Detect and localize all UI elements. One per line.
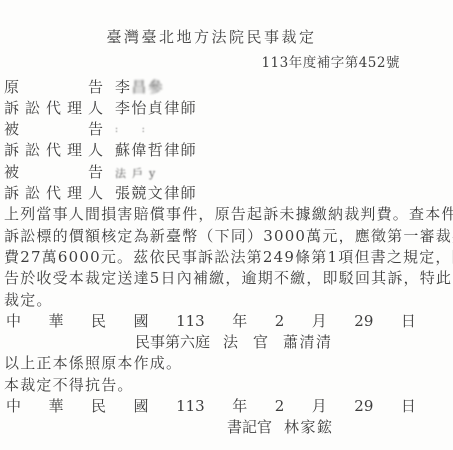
document-title: 臺灣臺北地方法院民事裁定 — [0, 27, 453, 48]
clerk-signature-line: 書記官林家鋐 — [227, 417, 453, 438]
date-token-year: 113 — [176, 396, 205, 417]
ruling-body: 上列當事人間損害賠償事件，原告起訴未據繳納裁判費。查本件 訴訟標的價額核定為新臺… — [0, 204, 453, 310]
clerk-name: 林家鋐 — [284, 418, 334, 436]
party-row-defendant-1-counsel: 訴訟代理人 蘇偉哲律師 — [4, 140, 453, 161]
date-token-year: 113 — [176, 311, 205, 332]
date-token: 華 — [49, 396, 64, 417]
judge-name: 蕭清清 — [283, 333, 333, 351]
date-token-day: 29 — [354, 311, 373, 332]
date-token: 國 — [134, 396, 149, 417]
date-token: 年 — [232, 311, 247, 332]
party-label: 原告 — [4, 77, 103, 98]
court-ruling-document: 臺灣臺北地方法院民事裁定 113年度補字第452號 原告 李昌參 訴訟代理人 李… — [0, 0, 453, 450]
date-token-month: 2 — [275, 396, 285, 417]
party-row-defendant-2-counsel: 訴訟代理人 張競文律師 — [4, 183, 453, 204]
date-token: 中 — [6, 311, 21, 332]
date-token: 月 — [312, 311, 327, 332]
party-row-plaintiff-counsel: 訴訟代理人 李怡貞律師 — [4, 98, 453, 119]
date-token: 國 — [134, 311, 149, 332]
party-name-redacted: : : — [115, 125, 146, 135]
party-row-defendant-1: 被告 : : — [4, 119, 453, 140]
clerk-title: 書記官 — [227, 418, 272, 436]
ruling-date-line: 中 華 民 國 113 年 2 月 29 日 — [6, 311, 416, 332]
party-name: 李昌參 — [115, 77, 164, 98]
party-row-defendant-2: 被告 法戶y — [4, 162, 453, 183]
date-token-month: 2 — [275, 311, 285, 332]
party-name: : : — [115, 119, 146, 140]
authenticity-note: 以上正本係照原本作成。 — [4, 353, 453, 374]
case-number: 113年度補字第452號 — [0, 53, 400, 74]
date-token: 日 — [401, 396, 416, 417]
date-token: 日 — [401, 311, 416, 332]
party-name: 蘇偉哲律師 — [115, 140, 197, 161]
party-name-redacted: 昌參 — [131, 78, 164, 96]
date-token: 民 — [91, 396, 106, 417]
party-name-redacted: 法戶y — [115, 167, 161, 180]
date-token: 民 — [91, 311, 106, 332]
party-name: 張競文律師 — [115, 183, 197, 204]
party-name-visible: 李 — [115, 78, 131, 96]
party-label: 被告 — [4, 119, 103, 140]
party-name: 法戶y — [115, 162, 161, 183]
party-label: 訴訟代理人 — [4, 140, 103, 161]
body-line: 裁定。 — [4, 290, 453, 311]
party-name: 李怡貞律師 — [115, 98, 197, 119]
date-token: 年 — [232, 396, 247, 417]
body-line: 告於收受本裁定送達5日內補繳，逾期不繳，即駁回其訴，特此 — [4, 268, 453, 289]
judge-title: 法 官 — [223, 333, 268, 351]
party-row-plaintiff: 原告 李昌參 — [4, 77, 453, 98]
party-label: 被告 — [4, 162, 103, 183]
service-date-line: 中 華 民 國 113 年 2 月 29 日 — [6, 396, 416, 417]
party-label: 訴訟代理人 — [4, 183, 103, 204]
body-line: 訴訟標的價額核定為新臺幣（下同）3000萬元，應徵第一審裁判 — [4, 226, 453, 247]
no-appeal-note: 本裁定不得抗告。 — [4, 375, 453, 396]
party-label: 訴訟代理人 — [4, 98, 103, 119]
date-token: 中 — [6, 396, 21, 417]
parties-section: 原告 李昌參 訴訟代理人 李怡貞律師 被告 : : 訴訟代理人 蘇偉哲律師 被告… — [0, 77, 453, 205]
date-token-day: 29 — [354, 396, 373, 417]
court-division: 民事第六庭 — [135, 333, 210, 351]
date-token: 月 — [312, 396, 327, 417]
body-line: 費27萬6000元。茲依民事訴訟法第249條第1項但書之規定，限原 — [4, 247, 453, 268]
date-token: 華 — [49, 311, 64, 332]
body-line: 上列當事人間損害賠償事件，原告起訴未據繳納裁判費。查本件 — [4, 204, 453, 225]
judge-signature-line: 民事第六庭法 官蕭清清 — [135, 332, 453, 353]
